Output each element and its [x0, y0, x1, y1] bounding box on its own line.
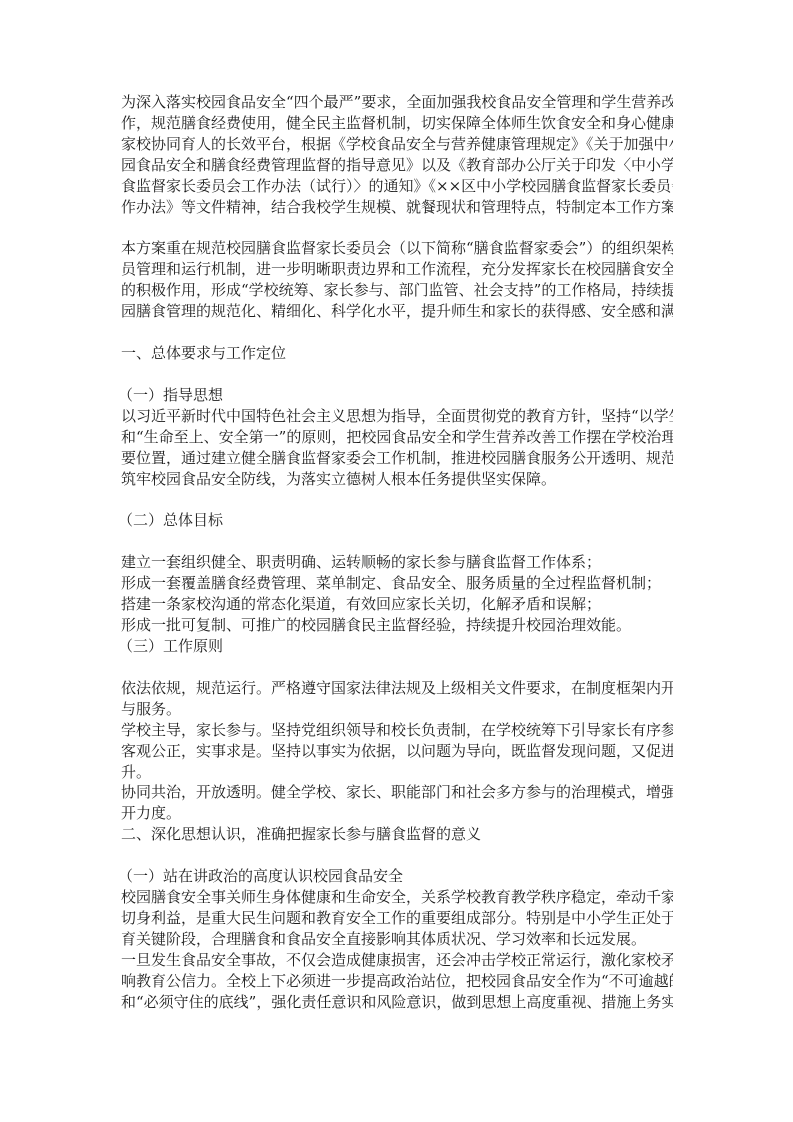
- text-line: 以习近平新时代中国特色社会主义思想为指导，全面贯彻党的教育方针，坚持“以学生为本…: [121, 406, 673, 427]
- text-line: 育关键阶段，合理膳食和食品安全直接影响其体质状况、学习效率和长远发展。: [121, 929, 673, 950]
- text-line: 开力度。: [121, 803, 673, 824]
- blank-line: [121, 364, 673, 385]
- text-line: 客观公正，实事求是。坚持以事实为依据，以问题为导向，既监督发现问题，又促进改进提: [121, 741, 673, 762]
- text-line: 作，规范膳食经费使用，健全民主监督机制，切实保障全体师生饮食安全和身心健康，搭建: [121, 113, 673, 134]
- subsection-heading: （三）工作原则: [121, 636, 673, 657]
- text-line: 筑牢校园食品安全防线，为落实立德树人根本任务提供坚实保障。: [121, 469, 673, 490]
- text-line: 学校主导，家长参与。坚持党组织领导和校长负责制，在学校统筹下引导家长有序参与。: [121, 720, 673, 741]
- blank-line: [121, 845, 673, 866]
- text-line: 园膳食管理的规范化、精细化、科学化水平，提升师生和家长的获得感、安全感和满意度。: [121, 301, 673, 322]
- text-line: 校园膳食安全事关师生身体健康和生命安全，关系学校教育教学秩序稳定，牵动千家万户的: [121, 887, 673, 908]
- document-page: 为深入落实校园食品安全“四个最严”要求，全面加强我校食品安全管理和学生营养改善工…: [121, 92, 673, 1013]
- text-line: 依法依规，规范运行。严格遵守国家法律法规及上级相关文件要求，在制度框架内开展监督: [121, 678, 673, 699]
- purpose-paragraph: 本方案重在规范校园膳食监督家长委员会（以下简称“膳食监督家委会”）的组织架构、人…: [121, 238, 673, 322]
- section-heading: 二、深化思想认识，准确把握家长参与膳食监督的意义: [121, 824, 673, 845]
- overall-goals-list: 建立一套组织健全、职责明确、运转顺畅的家长参与膳食监督工作体系； 形成一套覆盖膳…: [121, 552, 673, 636]
- blank-line: [121, 531, 673, 552]
- political-awareness-paragraph: 校园膳食安全事关师生身体健康和生命安全，关系学校教育教学秩序稳定，牵动千家万户的…: [121, 887, 673, 1013]
- text-line: 建立一套组织健全、职责明确、运转顺畅的家长参与膳食监督工作体系；: [121, 552, 673, 573]
- text-line: 家校协同育人的长效平台，根据《学校食品安全与营养健康管理规定》《关于加强中小学校: [121, 134, 673, 155]
- text-line: 协同共治，开放透明。健全学校、家长、职能部门和社会多方参与的治理模式，增强信息公: [121, 782, 673, 803]
- work-principles-list: 依法依规，规范运行。严格遵守国家法律法规及上级相关文件要求，在制度框架内开展监督…: [121, 678, 673, 824]
- subsection-heading: （一）站在讲政治的高度认识校园食品安全: [121, 866, 673, 887]
- text-line: 本方案重在规范校园膳食监督家长委员会（以下简称“膳食监督家委会”）的组织架构、人: [121, 238, 673, 259]
- text-line: 与服务。: [121, 699, 673, 720]
- text-line: 形成一批可复制、可推广的校园膳食民主监督经验，持续提升校园治理效能。: [121, 615, 673, 636]
- blank-line: [121, 657, 673, 678]
- text-line: 食监督家长委员会工作办法（试行）〉的通知》《××区中小学校园膳食监督家长委员会工: [121, 176, 673, 197]
- blank-line: [121, 322, 673, 343]
- subsection-heading: （一）指导思想: [121, 385, 673, 406]
- text-line: 员管理和运行机制，进一步明晰职责边界和工作流程，充分发挥家长在校园膳食安全管理中: [121, 259, 673, 280]
- text-line: 搭建一条家校沟通的常态化渠道，有效回应家长关切，化解矛盾和误解；: [121, 594, 673, 615]
- blank-line: [121, 490, 673, 511]
- text-line: 园食品安全和膳食经费管理监督的指导意见》以及《教育部办公厅关于印发〈中小学校园膳: [121, 155, 673, 176]
- text-line: 切身利益，是重大民生问题和教育安全工作的重要组成部分。特别是中小学生正处于生长发: [121, 908, 673, 929]
- text-line: 响教育公信力。全校上下必须进一步提高政治站位，把校园食品安全作为“不可逾越的红线…: [121, 971, 673, 992]
- text-line: 和“生命至上、安全第一”的原则，把校园食品安全和学生营养改善工作摆在学校治理的重: [121, 427, 673, 448]
- text-line: 要位置，通过建立健全膳食监督家委会工作机制，推进校园膳食服务公开透明、规范有序，: [121, 448, 673, 469]
- blank-line: [121, 218, 673, 239]
- text-line: 和“必须守住的底线”，强化责任意识和风险意识，做到思想上高度重视、措施上务实有力…: [121, 992, 673, 1013]
- intro-paragraph: 为深入落实校园食品安全“四个最严”要求，全面加强我校食品安全管理和学生营养改善工…: [121, 92, 673, 218]
- text-line: 一旦发生食品安全事故，不仅会造成健康损害，还会冲击学校正常运行，激化家校矛盾，影: [121, 950, 673, 971]
- text-line: 的积极作用，形成“学校统筹、家长参与、部门监管、社会支持”的工作格局，持续提高校: [121, 280, 673, 301]
- text-line: 形成一套覆盖膳食经费管理、菜单制定、食品安全、服务质量的全过程监督机制；: [121, 573, 673, 594]
- text-line: 作办法》等文件精神，结合我校学生规模、就餐现状和管理特点，特制定本工作方案。: [121, 197, 673, 218]
- section-heading: 一、总体要求与工作定位: [121, 343, 673, 364]
- guiding-ideology-paragraph: 以习近平新时代中国特色社会主义思想为指导，全面贯彻党的教育方针，坚持“以学生为本…: [121, 406, 673, 490]
- text-line: 升。: [121, 762, 673, 783]
- text-line: 为深入落实校园食品安全“四个最严”要求，全面加强我校食品安全管理和学生营养改善工: [121, 92, 673, 113]
- subsection-heading: （二）总体目标: [121, 510, 673, 531]
